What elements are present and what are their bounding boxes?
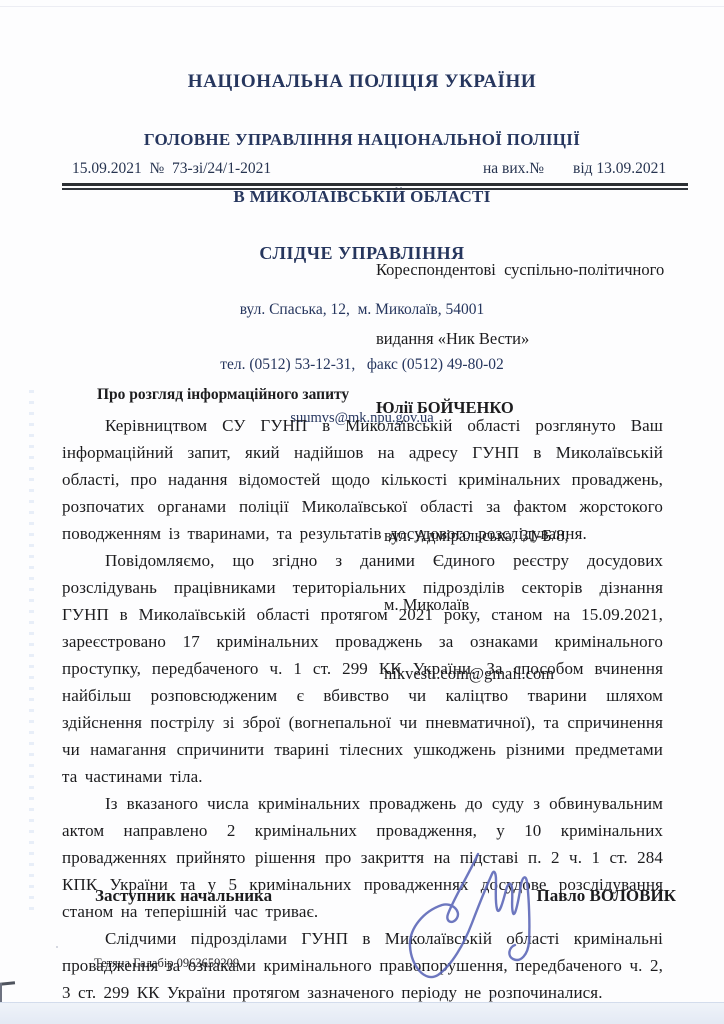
scan-edge-top [0, 6, 724, 7]
paragraph-1: Керівництвом СУ ГУНП в Миколаївській обл… [62, 412, 663, 547]
recipient-title-line2: видання «Ник Вести» [376, 327, 664, 350]
incoming-ref-label: на вих.№ [483, 160, 544, 178]
scan-edge-bottom [0, 1002, 724, 1024]
scan-corner-artifact [0, 981, 15, 986]
scan-noise-left [29, 390, 34, 910]
incoming-ref-date: від 13.09.2021 [573, 160, 666, 178]
scan-speck [56, 946, 58, 948]
recipient-title-line1: Кореспондентові суспільно-політичного [376, 258, 664, 281]
signer-position: Заступник начальника [95, 886, 272, 906]
executor-contact: Тетяна Галабір 0963659209 [94, 956, 239, 971]
handwritten-signature [396, 851, 546, 1016]
letter-body: Керівництвом СУ ГУНП в Миколаївській обл… [62, 412, 663, 1006]
scan-corner-artifact [0, 983, 2, 1004]
reference-line: 15.09.2021 № 73-зі/24/1-2021 на вих.№ ві… [62, 160, 668, 178]
subject-line: Про розгляд інформаційного запиту [62, 386, 349, 404]
outgoing-ref-number: 15.09.2021 № 73-зі/24/1-2021 [72, 160, 271, 178]
paragraph-2: Повідомляємо, що згідно з даними Єдиного… [62, 547, 663, 790]
org-name-main-directorate: ГОЛОВНЕ УПРАВЛІННЯ НАЦІОНАЛЬНОЇ ПОЛІЦІЇ [0, 129, 724, 150]
org-name-national: НАЦІОНАЛЬНА ПОЛІЦІЯ УКРАЇНИ [0, 71, 724, 93]
signer-name: Павло ВОЛОВИК [537, 886, 676, 906]
scanned-letter-page: НАЦІОНАЛЬНА ПОЛІЦІЯ УКРАЇНИ ГОЛОВНЕ УПРА… [0, 0, 724, 1024]
letterhead-divider [62, 183, 688, 190]
scan-speck [492, 995, 495, 998]
